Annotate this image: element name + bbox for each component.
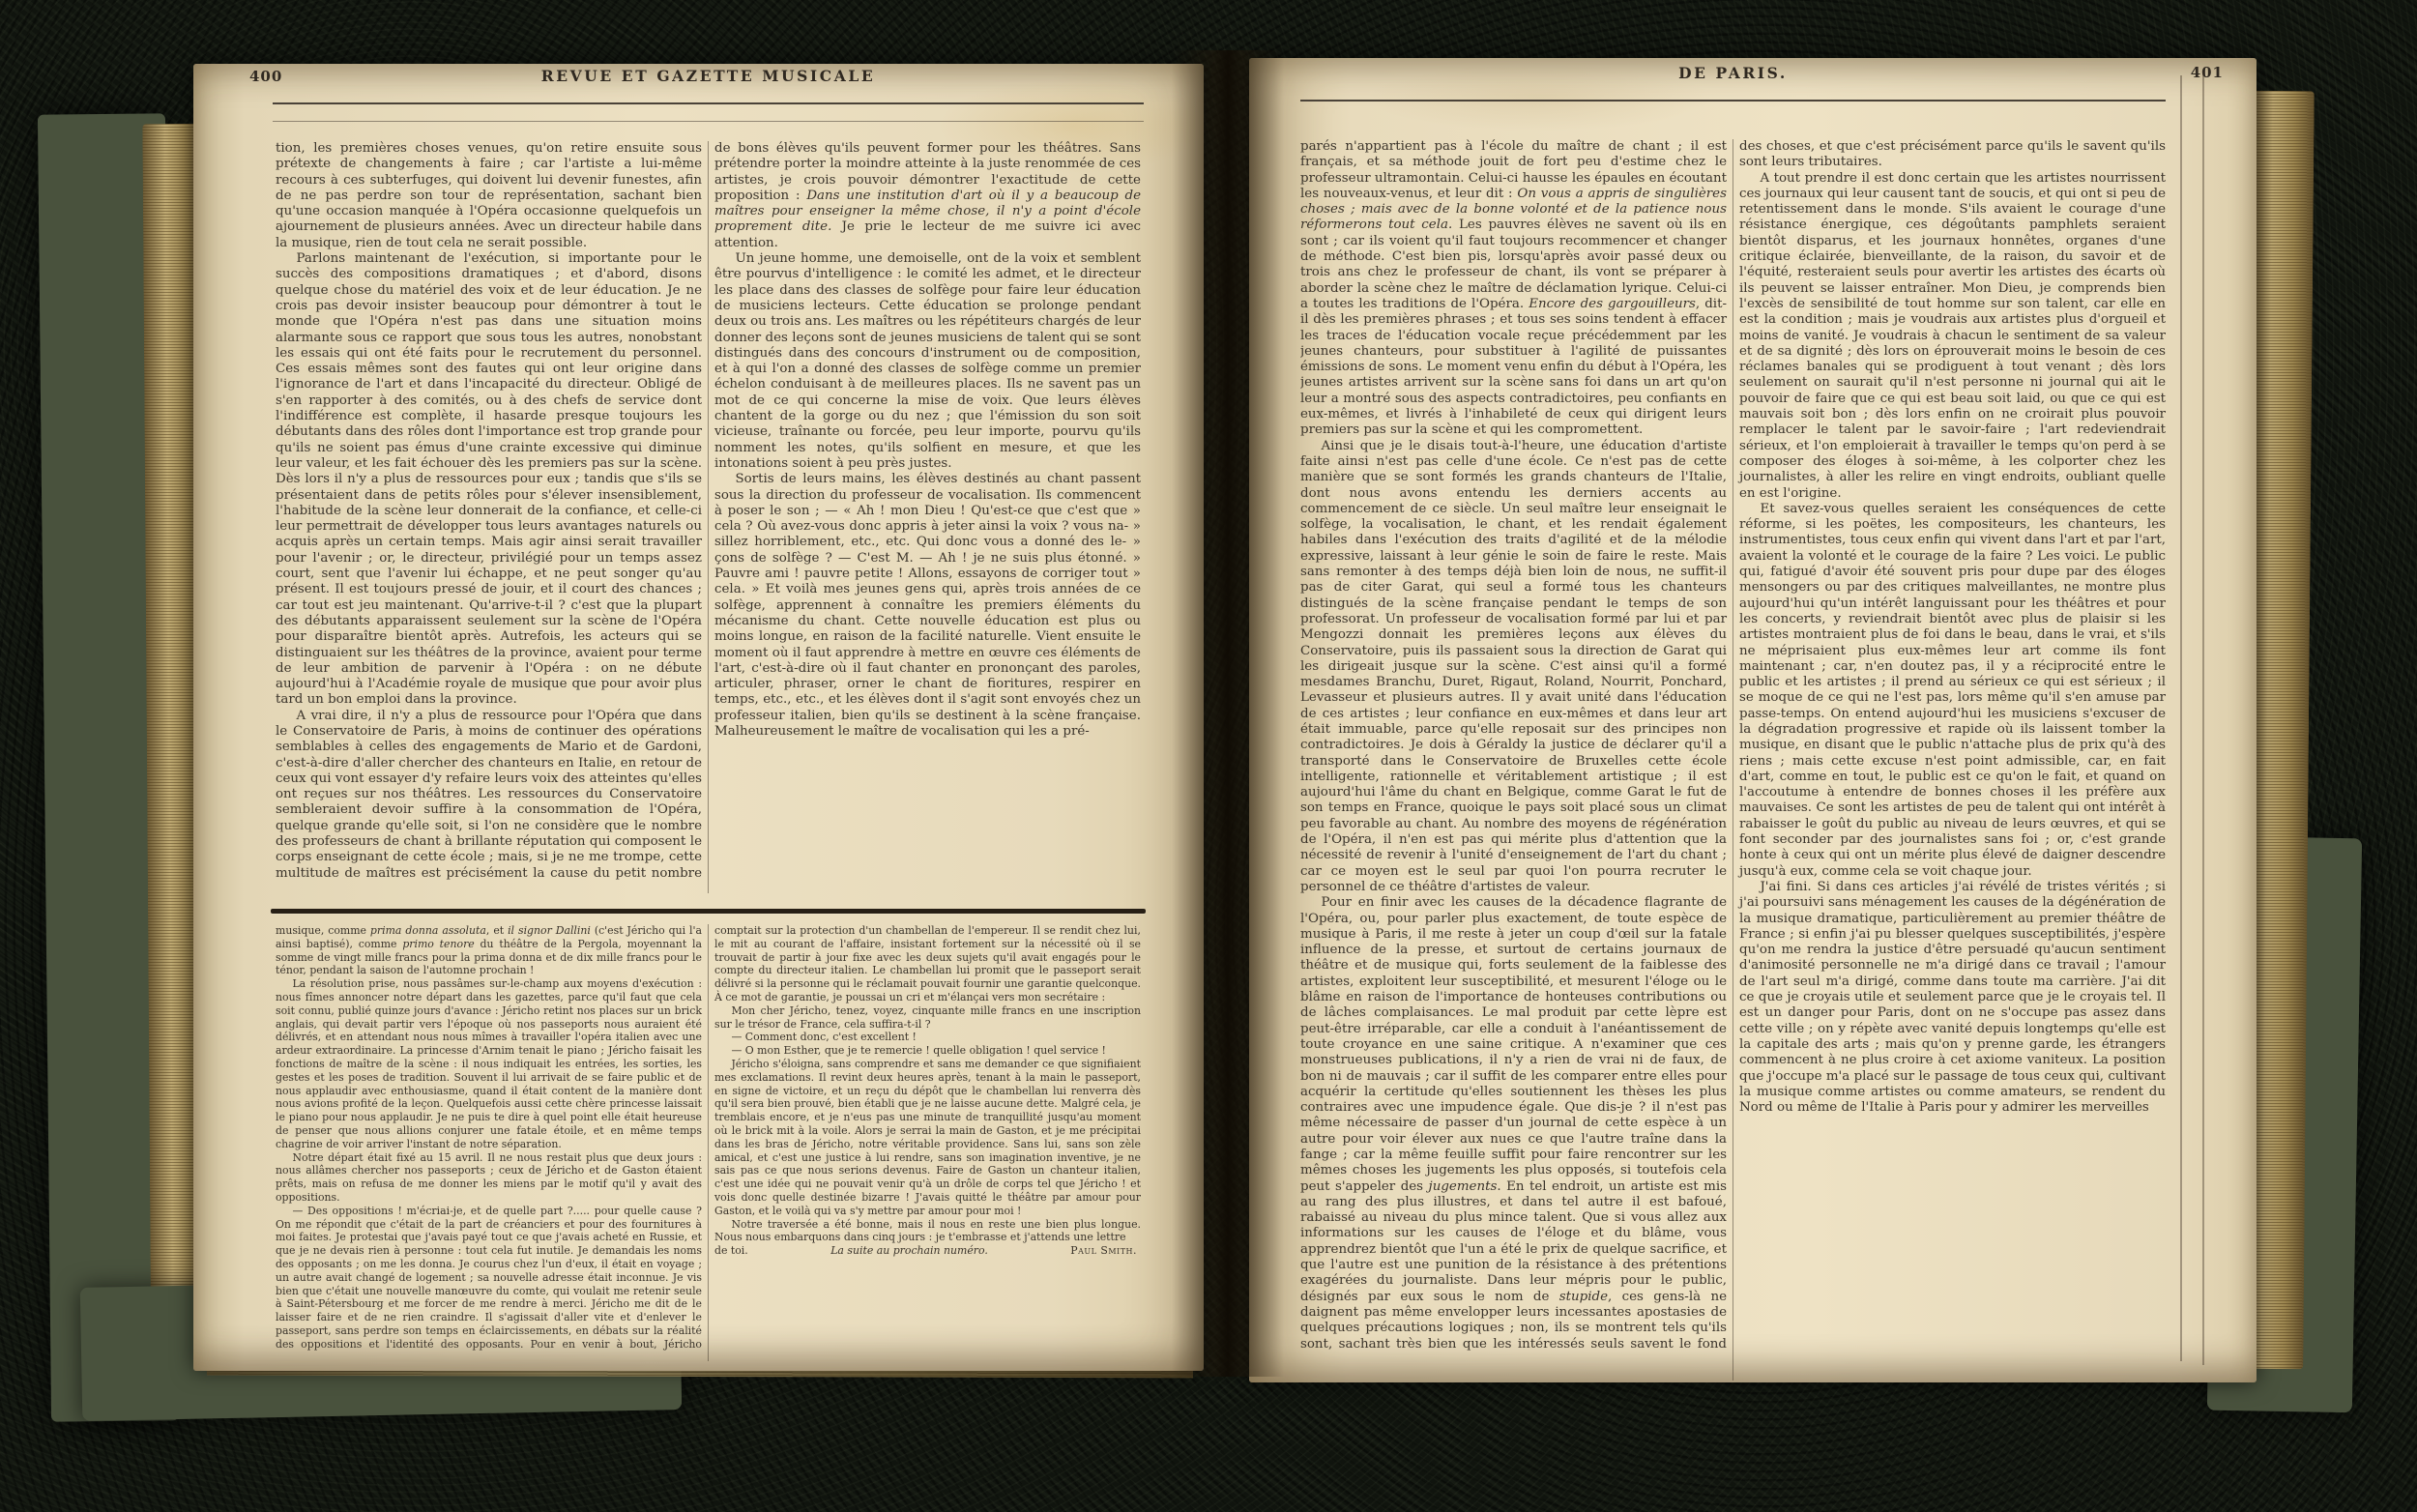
paragraph: Et savez-vous quelles seraient les consé… xyxy=(1739,502,2166,880)
paragraph: Notre traversée a été bonne, mais il nou… xyxy=(714,1218,1141,1245)
paragraph: parés n'appartient pas à l'école du maît… xyxy=(1300,139,1727,439)
paragraph: Jéricho s'éloigna, sans comprendre et sa… xyxy=(714,1058,1141,1218)
right-page-inner-edge-line xyxy=(2180,75,2182,1361)
running-title-right: DE PARIS. xyxy=(1300,64,2166,82)
paragraph: J'ai fini. Si dans ces articles j'ai rév… xyxy=(1739,880,2166,1116)
running-title-left: REVUE ET GAZETTE MUSICALE xyxy=(276,67,1141,85)
paragraph: Notre départ était fixé au 15 avril. Il … xyxy=(276,1151,702,1205)
left-main-text: tion, les premières choses venues, qu'on… xyxy=(276,141,1141,893)
paragraph: La résolution prise, nous passâmes sur-l… xyxy=(276,977,702,1150)
paragraph: Sortis de leurs mains, les élèves destin… xyxy=(714,472,1141,740)
right-page-outer-edge-line xyxy=(2202,72,2204,1365)
paragraph: Ainsi que je le disais tout-à-l'heure, u… xyxy=(1300,439,1727,896)
paragraph: Parlons maintenant de l'exécution, si im… xyxy=(276,251,702,709)
left-page: 400 REVUE ET GAZETTE MUSICALE tion, les … xyxy=(193,64,1204,1371)
right-page: DE PARIS. 401 parés n'appartient pas à l… xyxy=(1249,58,2257,1382)
head-rule-left xyxy=(273,102,1144,104)
paragraph: A tout prendre il est donc certain que l… xyxy=(1739,171,2166,502)
paragraph: musique, comme prima donna assoluta, et … xyxy=(276,924,702,977)
paragraph: tion, les premières choses venues, qu'on… xyxy=(276,141,702,251)
paragraph: Un jeune homme, une demoiselle, ont de l… xyxy=(714,251,1141,472)
right-main-text: parés n'appartient pas à l'école du maît… xyxy=(1300,139,2166,1381)
head-rule-left-secondary xyxy=(273,121,1144,122)
page-number-right: 401 xyxy=(2191,64,2224,81)
feuilleton-separator-rule xyxy=(271,909,1146,914)
feuilleton-text: musique, comme prima donna assoluta, et … xyxy=(276,924,1141,1361)
paragraph: — Comment donc, c'est excellent ! xyxy=(714,1031,1141,1044)
paragraph: — O mon Esther, que je te remercie ! que… xyxy=(714,1044,1141,1058)
paragraph: Mon cher Jéricho, tenez, voyez, cinquant… xyxy=(714,1004,1141,1032)
head-rule-right xyxy=(1300,100,2166,102)
paragraph: de toi.La suite au prochain numéro.Paul … xyxy=(714,1244,1141,1258)
book-scan-scene: 400 REVUE ET GAZETTE MUSICALE tion, les … xyxy=(0,0,2417,1512)
